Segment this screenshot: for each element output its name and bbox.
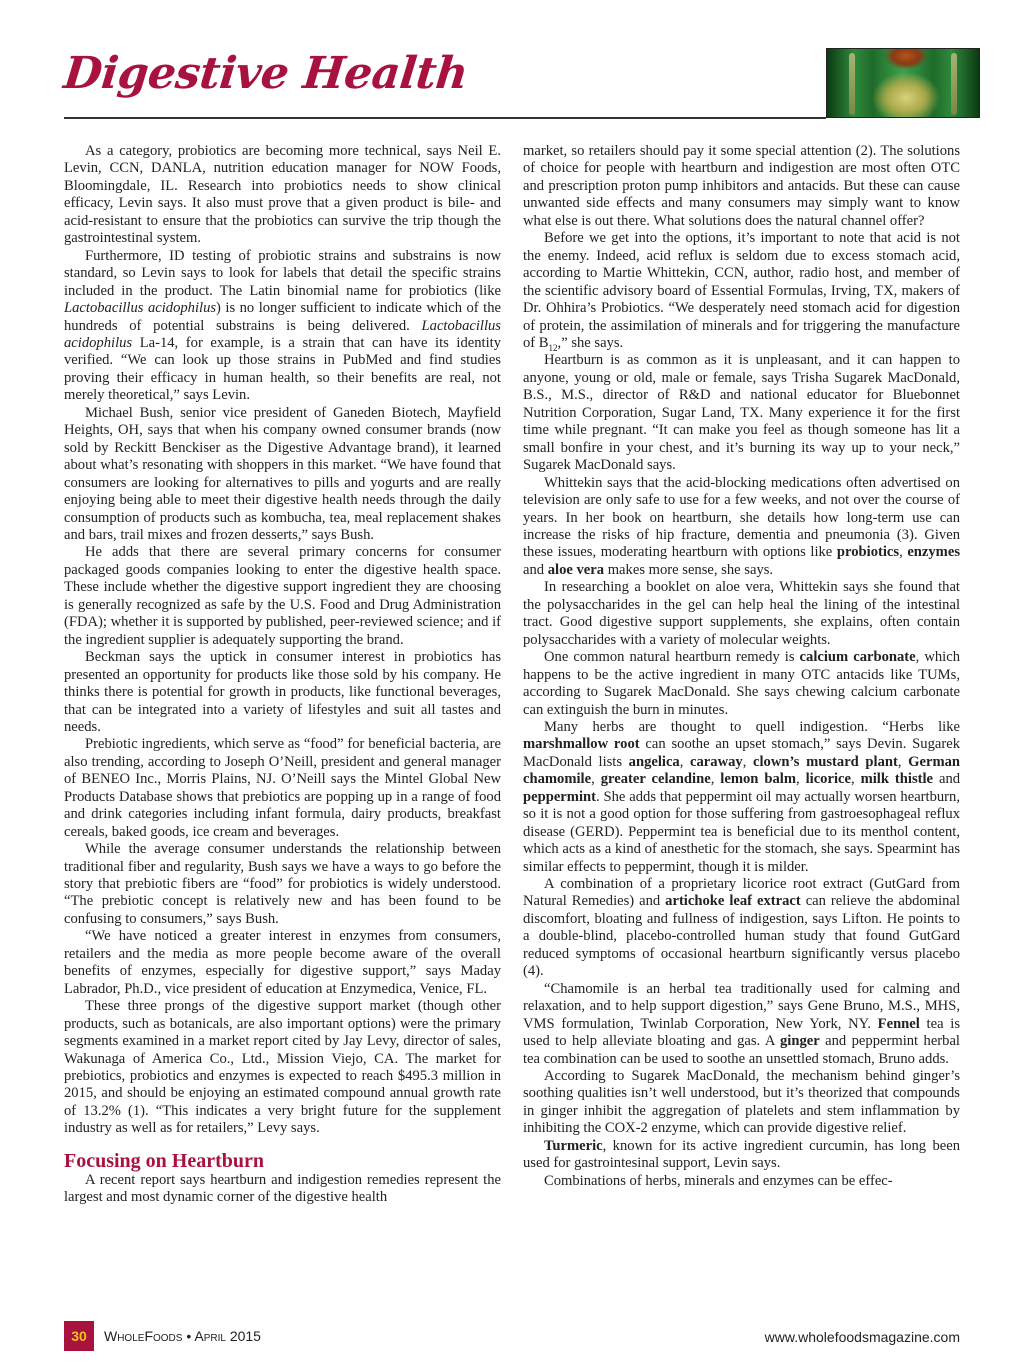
bone-left-icon <box>849 53 855 115</box>
paragraph: According to Sugarek MacDonald, the mech… <box>523 1068 960 1138</box>
paragraph: Furthermore, ID testing of probiotic str… <box>64 248 501 405</box>
paragraph: Many herbs are thought to quell indigest… <box>523 719 960 876</box>
paragraph: A combination of a proprietary licorice … <box>523 876 960 981</box>
paragraph: Before we get into the options, it’s imp… <box>523 230 960 352</box>
species-name: Lactobacillus acidophilus <box>64 300 216 316</box>
magazine-issue: WholeFoods • April 2015 <box>104 1328 261 1344</box>
header-illustration <box>826 48 980 118</box>
header-rule <box>64 117 826 119</box>
paragraph: These three prongs of the digestive supp… <box>64 998 501 1138</box>
paragraph: Beckman says the uptick in consumer inte… <box>64 649 501 736</box>
paragraph: Prebiotic ingredients, which serve as “f… <box>64 736 501 841</box>
page-number: 30 <box>64 1321 94 1351</box>
paragraph: market, so retailers should pay it some … <box>523 143 960 230</box>
paragraph: He adds that there are several primary c… <box>64 544 501 649</box>
paragraph: While the average consumer understands t… <box>64 841 501 928</box>
left-column: As a category, probiotics are becoming m… <box>64 143 501 1207</box>
paragraph: “Chamomile is an herbal tea traditionall… <box>523 981 960 1068</box>
paragraph: One common natural heartburn remedy is c… <box>523 649 960 719</box>
paragraph: A recent report says heartburn and indig… <box>64 1172 501 1207</box>
website-url[interactable]: www.wholefoodsmagazine.com <box>765 1329 960 1345</box>
paragraph: “We have noticed a greater interest in e… <box>64 928 501 998</box>
bone-right-icon <box>951 53 957 115</box>
paragraph: In researching a booklet on aloe vera, W… <box>523 579 960 649</box>
paragraph: Turmeric, known for its active ingredien… <box>523 1138 960 1173</box>
page-footer: 30 WholeFoods • April 2015 www.wholefood… <box>64 1321 960 1349</box>
paragraph: Whittekin says that the acid-blocking me… <box>523 475 960 580</box>
subheading: Focusing on Heartburn <box>64 1150 501 1172</box>
paragraph: Heartburn is as common as it is unpleasa… <box>523 352 960 474</box>
section-title: Digestive Health <box>61 48 470 99</box>
right-column: market, so retailers should pay it some … <box>523 143 960 1190</box>
paragraph: Combinations of herbs, minerals and enzy… <box>523 1173 960 1190</box>
paragraph: As a category, probiotics are becoming m… <box>64 143 501 248</box>
paragraph: Michael Bush, senior vice president of G… <box>64 405 501 545</box>
